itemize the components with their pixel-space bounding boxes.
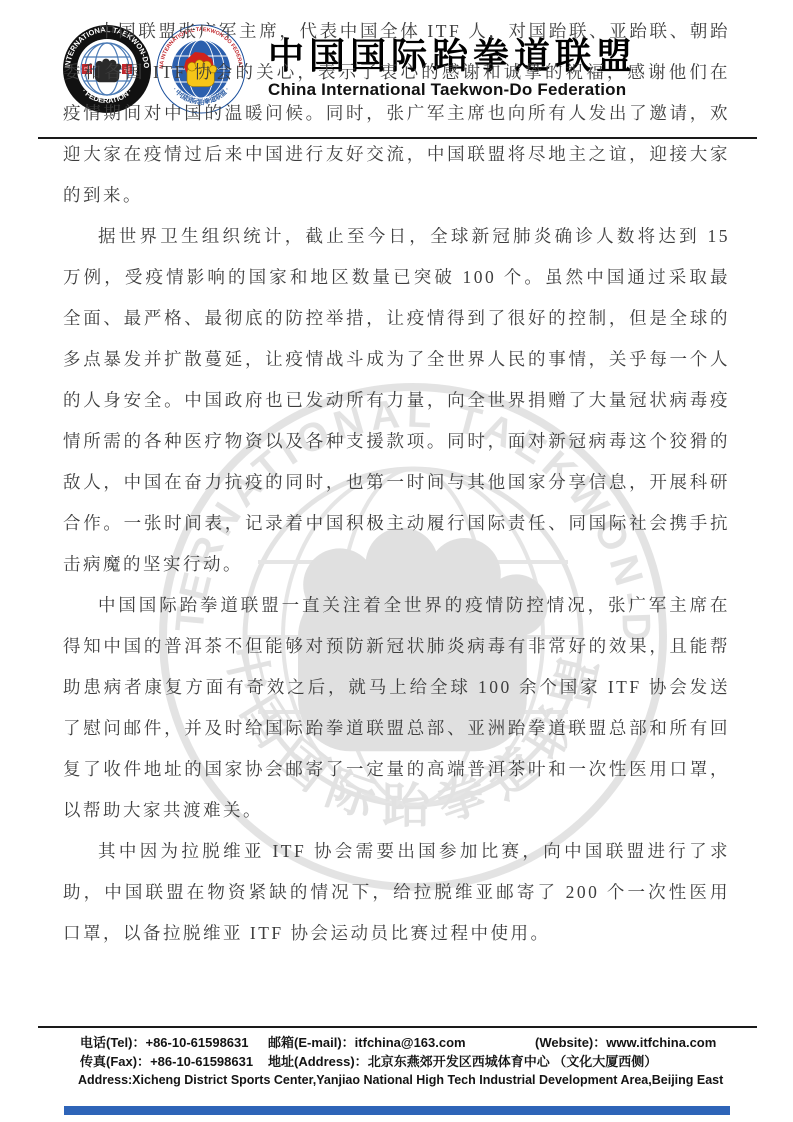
tel-label: 电话(Tel)： bbox=[80, 1035, 145, 1050]
fax-field: 传真(Fax)：+86-10-61598631 bbox=[80, 1052, 268, 1071]
fax-value: +86-10-61598631 bbox=[150, 1054, 253, 1069]
website-value: www.itfchina.com bbox=[606, 1035, 716, 1050]
email-field: 邮箱(E-mail)：itfchina@163.com bbox=[268, 1033, 535, 1052]
paragraph-3: 中国国际跆拳道联盟一直关注着全世界的疫情防控情况，张广军主席在得知中国的普洱茶不… bbox=[63, 585, 730, 831]
address-label: 地址(Address)： bbox=[268, 1054, 368, 1069]
website-field: (Website)：www.itfchina.com bbox=[535, 1033, 757, 1052]
fax-label: 传真(Fax)： bbox=[80, 1054, 150, 1069]
footer-row-2: 传真(Fax)：+86-10-61598631 地址(Address)：北京东燕… bbox=[38, 1052, 757, 1071]
tel-value: +86-10-61598631 bbox=[145, 1035, 248, 1050]
address-field-zh: 地址(Address)：北京东燕郊开发区西城体育中心 （文化大厦西侧） bbox=[268, 1052, 757, 1071]
email-value: itfchina@163.com bbox=[355, 1035, 466, 1050]
letterhead-footer: 电话(Tel)：+86-10-61598631 邮箱(E-mail)：itfch… bbox=[38, 1026, 757, 1090]
document-page: INTERNATIONAL TAEKWON-DO · FEDERATION · … bbox=[0, 0, 793, 1122]
address-field-en: Address:Xicheng District Sports Center,Y… bbox=[38, 1071, 757, 1090]
bottom-accent-bar bbox=[64, 1106, 730, 1115]
email-label: 邮箱(E-mail)： bbox=[268, 1035, 355, 1050]
letter-body: 中国联盟张广军主席，代表中国全体 ITF 人，对国跆联、亚跆联、朝跆委和各国 I… bbox=[63, 11, 730, 954]
footer-row-1: 电话(Tel)：+86-10-61598631 邮箱(E-mail)：itfch… bbox=[38, 1033, 757, 1052]
paragraph-1: 中国联盟张广军主席，代表中国全体 ITF 人，对国跆联、亚跆联、朝跆委和各国 I… bbox=[63, 11, 730, 216]
paragraph-4: 其中因为拉脱维亚 ITF 协会需要出国参加比赛，向中国联盟进行了求助，中国联盟在… bbox=[63, 831, 730, 954]
website-label: (Website)： bbox=[535, 1035, 606, 1050]
tel-field: 电话(Tel)：+86-10-61598631 bbox=[80, 1033, 268, 1052]
paragraph-2: 据世界卫生组织统计，截止至今日，全球新冠肺炎确诊人数将达到 15 万例，受疫情影… bbox=[63, 216, 730, 585]
address-value: 北京东燕郊开发区西城体育中心 （文化大厦西侧） bbox=[368, 1054, 658, 1069]
